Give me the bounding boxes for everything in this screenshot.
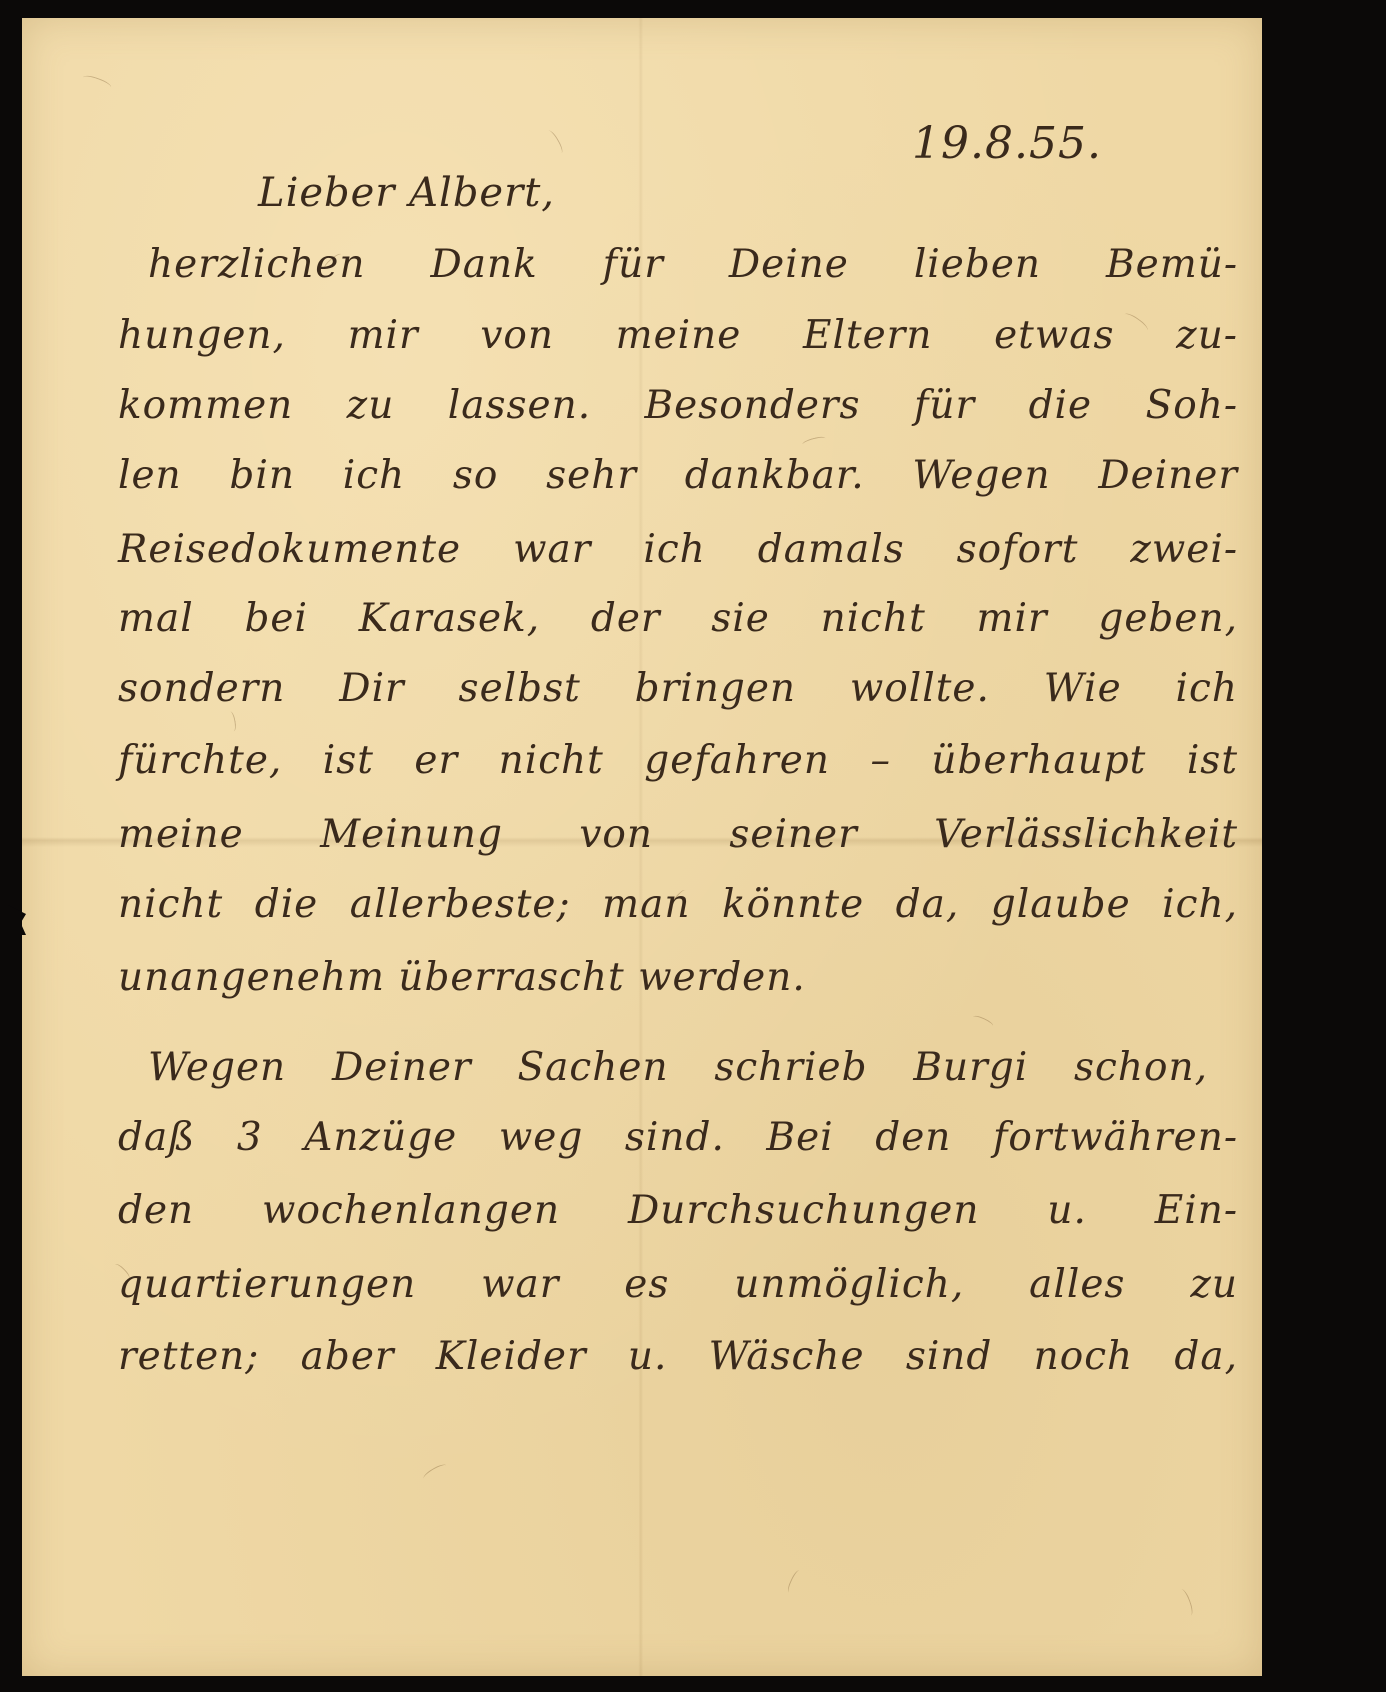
letter-salutation: Lieber Albert, — [258, 170, 555, 216]
paper-fiber — [227, 711, 237, 732]
letter-line: retten; aber Kleider u. Wäsche sind noch… — [118, 1334, 1238, 1379]
letter-line: daß 3 Anzüge weg sind. Bei den fortwähre… — [118, 1115, 1238, 1160]
letter-line: unangenehm überrascht werden. — [118, 955, 1238, 1000]
letter-line: quartierungen war es unmöglich, alles zu — [118, 1262, 1238, 1307]
paper-fiber — [1177, 1588, 1195, 1617]
letter-line: den wochenlangen Durchsuchungen u. Ein- — [118, 1188, 1238, 1233]
letter-date: 19.8.55. — [912, 118, 1102, 169]
letter-line: len bin ich so sehr dankbar. Wegen Deine… — [118, 453, 1238, 498]
paper-fiber — [422, 1462, 449, 1482]
letter-line: meine Meinung von seiner Verlässlichkeit — [118, 812, 1238, 857]
paper-fiber — [972, 1014, 995, 1030]
letter-line: fürchte, ist er nicht gefahren – überhau… — [118, 738, 1238, 783]
paper-fiber — [545, 129, 565, 156]
letter-line: mal bei Karasek, der sie nicht mir geben… — [118, 596, 1238, 641]
letter-line: kommen zu lassen. Besonders für die Soh- — [118, 383, 1238, 428]
letter-line: herzlichen Dank für Deine lieben Bemü- — [148, 242, 1238, 287]
letter-line: Reisedokumente war ich damals sofort zwe… — [118, 527, 1238, 572]
letter-line: Wegen Deiner Sachen schrieb Burgi schon, — [148, 1045, 1208, 1090]
paper-fiber — [81, 73, 112, 92]
letter-line: nicht die allerbeste; man könnte da, gla… — [118, 882, 1238, 927]
paper-fiber — [786, 1569, 802, 1594]
paper-fiber — [802, 435, 827, 448]
letter-line: sondern Dir selbst bringen wollte. Wie i… — [118, 666, 1238, 711]
letter-line: hungen, mir von meine Eltern etwas zu- — [118, 313, 1238, 358]
